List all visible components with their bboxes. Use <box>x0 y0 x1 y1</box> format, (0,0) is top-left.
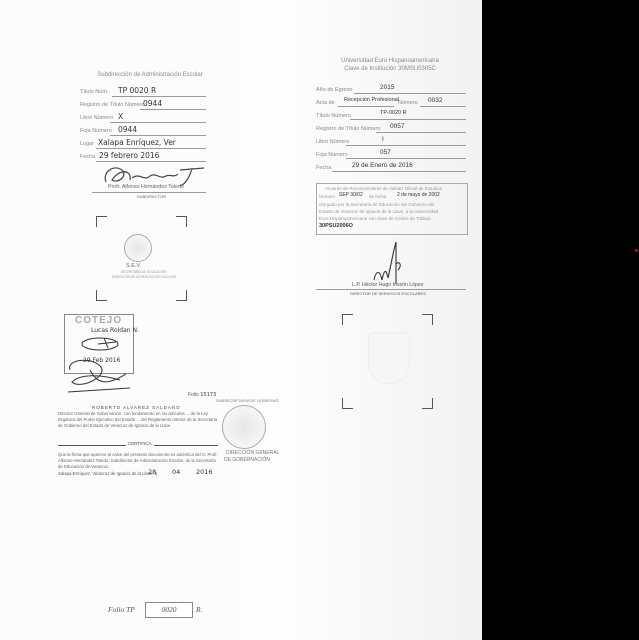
rvoe-line: Estado de Veracruz de Ignacio de la Llav… <box>319 209 438 214</box>
footer-folio-value: 0020 <box>146 605 192 614</box>
institution-key: Clave de Institución 30MSU0305C <box>310 66 470 72</box>
photo-corner-tl <box>96 216 107 227</box>
folio-label: Folio <box>188 392 199 398</box>
gobernacion-seal-bottom-1: DIRECCIÓN GENERAL <box>226 450 279 456</box>
field-value: X <box>118 112 123 121</box>
rvoe-line: Euro Hispanoamericana con clave de Centr… <box>319 216 431 221</box>
footer-folio-box: 0020 <box>145 602 193 618</box>
cotejo-signature <box>60 330 140 400</box>
field-label: Foja Número <box>80 128 112 134</box>
field-label: Registro de Título Número <box>80 102 144 108</box>
rvoe-box: Acuerdo de Reconocimiento de Validez Ofi… <box>316 183 468 235</box>
scanned-title-reverse-page: Subdirección de Administración Escolar T… <box>0 0 482 640</box>
certification-folio: Folio 15173 <box>188 392 216 398</box>
folio-value: 15173 <box>200 392 216 398</box>
photo-corner-tl <box>342 314 353 325</box>
cert-month: 04 <box>172 468 180 476</box>
photo-corner-bl <box>342 398 353 409</box>
field-value: TP 0020 R <box>118 86 156 95</box>
field-value: Xalapa Enríquez, Ver <box>98 138 176 147</box>
left-form-header: Subdirección de Administración Escolar <box>70 72 230 78</box>
field-label: Acta de <box>316 100 335 106</box>
certification-body: Que la firma que aparece al calce del pr… <box>58 452 218 469</box>
field-value: Recepción Profesional <box>344 97 399 103</box>
director-signature <box>370 240 410 285</box>
photo-corner-br <box>176 290 187 301</box>
field-value: 057 <box>380 149 391 156</box>
field-label: Libro Número <box>316 139 349 145</box>
gobernacion-seal-bottom-2: DE GOBERNACIÓN <box>224 457 270 463</box>
rvoe-number-label: Número <box>319 194 335 199</box>
gobernacion-seal-top: SUBSECRETARÍA DE GOBIERNO <box>216 398 279 403</box>
cert-year: 2016 <box>196 468 213 476</box>
field-value: TP-0020 R <box>380 110 407 116</box>
sev-seal-subtext: DIRECCIÓN DE ACREDITACIÓN ESCOLAR <box>112 275 176 279</box>
field-value: 29 de Enero de 2016 <box>352 162 413 169</box>
red-marker-dot <box>635 249 638 252</box>
gobernacion-seal-icon <box>222 405 266 449</box>
field-label: Número <box>398 100 418 106</box>
sev-seal-subtext: SECRETARÍA DE EDUCACIÓN <box>121 270 166 274</box>
field-label: Título Número <box>316 113 351 119</box>
footer-suffix: R. <box>196 605 202 614</box>
photo-corner-tr <box>422 314 433 325</box>
field-label: Fecha <box>80 154 95 160</box>
rvoe-cct: 30PSU2006O <box>319 223 353 229</box>
certifica-label: CERTIFICA <box>126 441 154 446</box>
rvoe-line: otorgado por la Secretaría de Educación … <box>319 202 434 207</box>
subdirector-title: SUBDIRECTOR <box>137 194 166 199</box>
director-title: DIRECTOR DE SERVICIOS ESCOLARES <box>350 291 426 296</box>
rvoe-number-value: SEP 30/02 <box>339 192 363 198</box>
director-name-printed: L.P. Héctor Hugo Inssón López <box>352 282 423 288</box>
field-value: 0032 <box>428 97 442 104</box>
university-name: Universidad Euro Hispanoamericana <box>310 58 470 64</box>
field-value: I <box>382 136 384 143</box>
field-label: Título Núm. <box>80 89 108 95</box>
university-seal-watermark-icon <box>368 332 410 384</box>
field-value: 2015 <box>380 84 394 91</box>
subdirector-name: Profr. Alfonso Hernández Toledo <box>108 184 184 190</box>
photo-corner-bl <box>96 290 107 301</box>
field-value: 29 febrero 2016 <box>99 151 159 160</box>
rvoe-date-label: de fecha <box>369 194 386 199</box>
field-label: Lugar <box>80 141 94 147</box>
field-value: 0944 <box>118 125 137 134</box>
field-label: Fecha <box>316 165 331 171</box>
cotejo-title: COTEJO <box>75 315 122 326</box>
certification-place: Xalapa-Enríquez, Veracruz de Ignacio de … <box>58 471 157 476</box>
photo-corner-tr <box>176 216 187 227</box>
footer-folio-label: Folio TP <box>108 605 135 614</box>
field-value: 0057 <box>390 123 404 130</box>
sev-seal-label: S.E.V. <box>126 263 141 269</box>
rvoe-date-value: 2 de mayo de 2002 <box>397 192 440 198</box>
field-label: Foja Número <box>316 152 348 158</box>
rvoe-line: Acuerdo de Reconocimiento de Validez Ofi… <box>325 186 442 191</box>
photo-corner-br <box>422 398 433 409</box>
field-value: 0944 <box>143 99 162 108</box>
cert-day: 28 <box>148 468 156 476</box>
certification-intro: Director General de Gobernación, con fun… <box>58 411 218 428</box>
field-label: Libro Número <box>80 115 113 121</box>
sev-seal-icon <box>124 234 152 262</box>
field-label: Año de Egreso <box>316 87 352 93</box>
field-label: Registro de Título Número <box>316 126 380 132</box>
director-name: ROBERTO ALVAREZ SALDAÑO <box>92 405 181 410</box>
